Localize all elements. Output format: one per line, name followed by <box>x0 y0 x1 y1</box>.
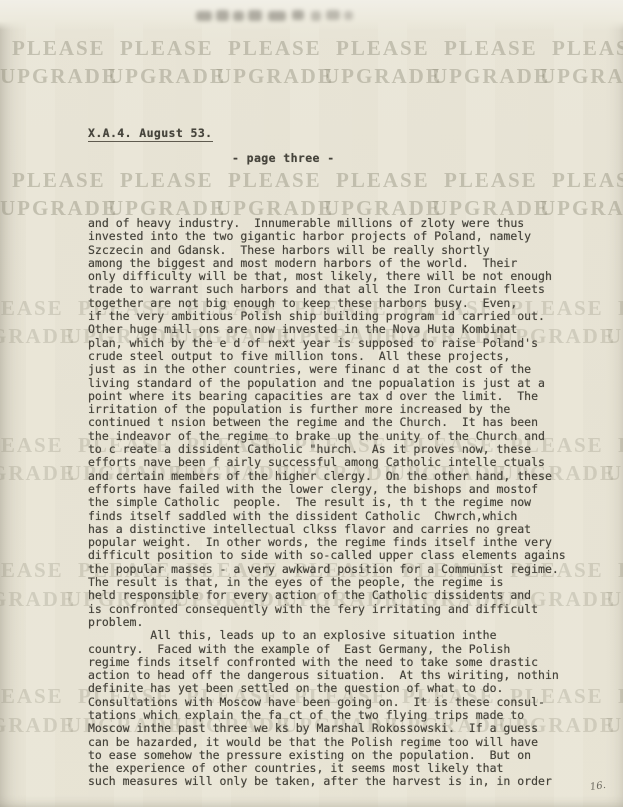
text-line: if the very ambitious Polish ship buildi… <box>88 310 588 323</box>
watermark-text-please: PLEASE <box>120 36 214 61</box>
text-line: popular weight. In other words, the regi… <box>88 536 588 549</box>
watermark-text-please: PLEASE <box>336 36 430 61</box>
watermark-text-upgrade: UPGRADE <box>0 713 76 738</box>
text-line: All this, leads up to an explosive situa… <box>88 629 588 642</box>
watermark-text-upgrade: UPGRADE <box>0 64 118 89</box>
text-line: living standard of the population and tn… <box>88 377 588 390</box>
scanned-document-page: PLEASEUPGRADEPLEASEUPGRADEPLEASEUPGRADEP… <box>0 0 623 807</box>
text-line: can be hazarded, it would be that the Po… <box>88 736 588 749</box>
watermark-text-upgrade: UPGRADE <box>0 324 76 349</box>
watermark-text-please: PLEASE <box>618 433 623 458</box>
watermark-text-please: PLEASE <box>228 168 322 193</box>
text-line: Other huge mill ons are now invested in … <box>88 323 588 336</box>
ink-smudge <box>233 11 244 21</box>
page-number-label: - page three - <box>232 151 335 165</box>
text-line: the indeavor of the regime to brake up t… <box>88 430 588 443</box>
text-line: country. Faced with the example of East … <box>88 643 588 656</box>
watermark-text-please: PLEASE <box>618 684 623 709</box>
watermark-text-please: PLEASE <box>618 558 623 583</box>
watermark-text-upgrade: UPGRADE <box>606 461 623 486</box>
watermark-text-please: PLEASE <box>618 296 623 321</box>
text-line: to ease somehow the pressure existing on… <box>88 749 588 762</box>
text-line: regime finds itself confronted with the … <box>88 656 588 669</box>
ink-smudge <box>268 11 286 21</box>
text-line: to c reate a dissident Catholic "hurch. … <box>88 443 588 456</box>
watermark-text-please: PLEASE <box>120 168 214 193</box>
text-line: only difficulty will be that, most likel… <box>88 270 588 283</box>
watermark-text-please: PLEASE <box>0 296 64 321</box>
text-line: has a distinctive intellectual clkss fla… <box>88 523 588 536</box>
watermark-text-upgrade: UPGRADE <box>0 461 76 486</box>
text-line: and of heavy industry. Innumerable milli… <box>88 217 588 230</box>
text-line: invested into the two gigantic harbor pr… <box>88 230 588 243</box>
watermark-text-upgrade: UPGRADE <box>606 324 623 349</box>
text-line: trade to warrant such harbors and that a… <box>88 283 588 296</box>
watermark-text-please: PLEASE <box>228 36 322 61</box>
text-line: definite has yet been settled on the que… <box>88 682 588 695</box>
text-line: Consultations with Moscow have been goin… <box>88 696 588 709</box>
watermark-text-please: PLEASE <box>444 36 538 61</box>
watermark-text-please: PLEASE <box>336 168 430 193</box>
watermark-text-upgrade: UPGRADE <box>108 64 226 89</box>
text-line: action to head off the dangerous situati… <box>88 669 588 682</box>
watermark-text-upgrade: UPGRADE <box>606 713 623 738</box>
text-line: The result is that, in the eyes of the p… <box>88 576 588 589</box>
text-line: just as in the other countries, were fin… <box>88 363 588 376</box>
text-line: crude steel output to five million tons.… <box>88 350 588 363</box>
watermark-text-please: PLEASE <box>552 168 623 193</box>
text-line: efforts nave been f airly successful amo… <box>88 456 588 469</box>
watermark-text-upgrade: UPGRADE <box>540 64 623 89</box>
text-line: together are not big enough to keep thes… <box>88 297 588 310</box>
ink-smudge <box>292 10 304 20</box>
text-line: continued t nsion between the regime and… <box>88 416 588 429</box>
ink-smudge <box>248 10 262 21</box>
watermark-text-upgrade: UPGRADE <box>216 64 334 89</box>
text-line: irritation of the population is further … <box>88 403 588 416</box>
watermark-text-please: PLEASE <box>0 558 64 583</box>
text-line: is confronted consequently with the fery… <box>88 603 588 616</box>
document-body: and of heavy industry. Innumerable milli… <box>88 217 588 789</box>
document-reference: X.A.4. August 53. <box>88 126 213 142</box>
watermark-text-please: PLEASE <box>0 433 64 458</box>
ink-smudge <box>216 10 229 21</box>
watermark-text-please: PLEASE <box>444 168 538 193</box>
watermark-text-please: PLEASE <box>0 684 64 709</box>
watermark-text-please: PLEASE <box>552 36 623 61</box>
text-line: such measures will only be taken, after … <box>88 775 588 788</box>
watermark-text-upgrade: UPGRADE <box>0 587 76 612</box>
text-line: tations which explain the fa ct of the t… <box>88 709 588 722</box>
ink-smudge <box>326 10 340 20</box>
ink-smudge <box>344 11 353 20</box>
watermark-text-upgrade: UPGRADE <box>606 587 623 612</box>
text-line: Szczecin and Gdansk. These harbors will … <box>88 244 588 257</box>
watermark-text-upgrade: UPGRADE <box>432 64 550 89</box>
text-line: and certain members of the higher clergy… <box>88 470 588 483</box>
text-line: among the biggest and most modern harbor… <box>88 257 588 270</box>
watermark-text-please: PLEASE <box>12 168 106 193</box>
text-line: plan, which by the e d of next year is s… <box>88 337 588 350</box>
text-line: problem. <box>88 616 588 629</box>
text-line: the popular masses - a very awkward posi… <box>88 563 588 576</box>
text-line: the simple Catholic people. The result i… <box>88 496 588 509</box>
text-line: point where its bearing capacities are t… <box>88 390 588 403</box>
text-line: finds itself saddled with the dissident … <box>88 510 588 523</box>
text-line: difficult position to side with so-calle… <box>88 549 588 562</box>
ink-smudge <box>196 11 212 21</box>
text-line: the experience of other countries, it se… <box>88 762 588 775</box>
text-line: Moscow inthe past three we ks by Marshal… <box>88 722 588 735</box>
handwritten-page-mark: 16. <box>589 780 606 793</box>
watermark-text-upgrade: UPGRADE <box>324 64 442 89</box>
ink-smudge <box>311 11 321 21</box>
text-line: held responsible for every action of the… <box>88 589 588 602</box>
text-line: efforts have failed with the lower clerg… <box>88 483 588 496</box>
watermark-text-please: PLEASE <box>12 36 106 61</box>
